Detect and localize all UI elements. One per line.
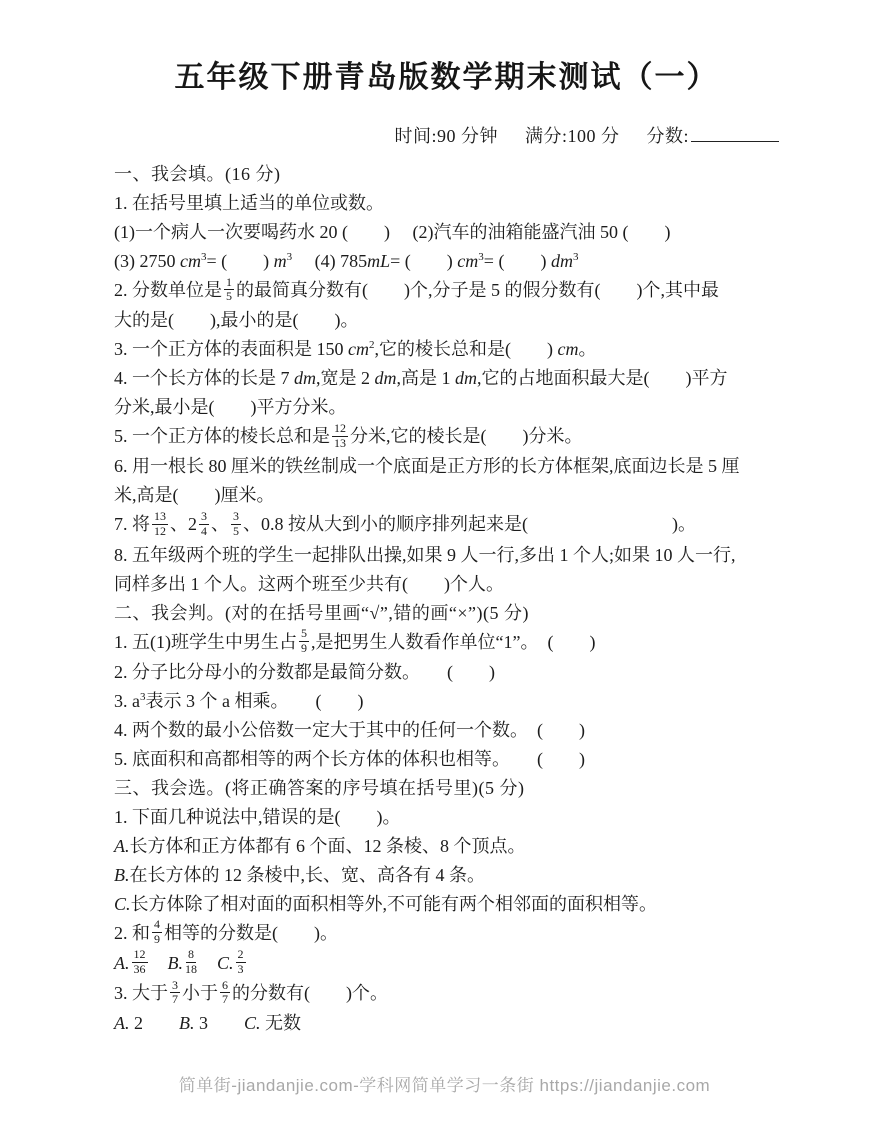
- s2-q4: 4. 两个数的最小公倍数一定大于其中的任何一个数。 ( ): [114, 716, 779, 745]
- italic-text: A.: [114, 953, 130, 973]
- s1-q8: 8. 五年级两个班的学生一起排队出操,如果 9 人一行,多出 1 个人;如果 1…: [114, 541, 779, 570]
- italic-text: cm: [558, 339, 579, 359]
- s1-q6: 6. 用一根长 80 厘米的铁丝制成一个底面是正方形的长方体框架,底面边长是 5…: [114, 452, 779, 481]
- italic-text: C.: [244, 1013, 261, 1033]
- superscript: 2: [369, 339, 375, 351]
- s3-q2: 2. 和49相等的分数是( )。: [114, 919, 779, 949]
- italic-text: dm: [375, 368, 397, 388]
- s1-q8-cont: 同样多出 1 个人。这两个班至少共有( )个人。: [114, 570, 779, 599]
- italic-text: B.: [179, 1013, 195, 1033]
- fraction: 1312: [152, 510, 168, 539]
- s1-q4: 4. 一个长方体的长是 7 dm,宽是 2 dm,高是 1 dm,它的占地面积最…: [114, 364, 779, 393]
- italic-text: m: [274, 251, 287, 271]
- fraction: 23: [236, 948, 246, 977]
- s2-q1: 1. 五(1)班学生中男生占59,是把男生人数看作单位“1”。 ( ): [114, 628, 779, 658]
- s1-q6-cont: 米,高是( )厘米。: [114, 481, 779, 510]
- italic-text: dm: [551, 251, 573, 271]
- s1-q4-cont: 分米,最小是( )平方分米。: [114, 393, 779, 422]
- fraction: 15: [224, 276, 234, 305]
- fraction: 49: [152, 918, 162, 947]
- italic-text: C.: [217, 953, 234, 973]
- s1-q2: 2. 分数单位是15的最简真分数有( )个,分子是 5 的假分数有( )个,其中…: [114, 276, 779, 306]
- s3-q3-options: A. 2 B. 3 C. 无数: [114, 1009, 779, 1038]
- page-title: 五年级下册青岛版数学期末测试（一）: [114, 52, 779, 96]
- exam-meta-row: 时间:90 分钟 满分:100 分 分数:: [114, 122, 779, 148]
- section-2-heading: 二、我会判。(对的在括号里画“√”,错的画“×”)(5 分): [114, 599, 779, 628]
- score-blank-line: [691, 124, 779, 142]
- s1-q1: 1. 在括号里填上适当的单位或数。: [114, 189, 779, 218]
- fraction: 37: [170, 979, 180, 1008]
- italic-text: A.: [114, 1013, 130, 1033]
- s3-q1-optB: B.在长方体的 12 条棱中,长、宽、高各有 4 条。: [114, 861, 779, 890]
- superscript: 3: [287, 251, 293, 263]
- s1-q2-cont: 大的是( ),最小的是( )。: [114, 306, 779, 335]
- italic-text: C.: [114, 894, 131, 914]
- s3-q1-optA: A.长方体和正方体都有 6 个面、12 条棱、8 个顶点。: [114, 832, 779, 861]
- s3-q2-options: A.1236 B.818 C.23: [114, 949, 779, 979]
- section-1-heading: 一、我会填。(16 分): [114, 160, 779, 189]
- fraction: 1213: [332, 422, 348, 451]
- full-score-label: 满分:100 分: [525, 126, 620, 146]
- italic-text: B.: [114, 865, 130, 885]
- s1-q5: 5. 一个正方体的棱长总和是1213分米,它的棱长是( )分米。: [114, 422, 779, 452]
- superscript: 3: [573, 251, 579, 263]
- s1-q1-sub34: (3) 2750 cm3= ( ) m3 (4) 785mL= ( ) cm3=…: [114, 247, 779, 276]
- superscript: 3: [478, 251, 484, 263]
- s2-q5: 5. 底面积和高都相等的两个长方体的体积也相等。 ( ): [114, 745, 779, 774]
- section-3-heading: 三、我会选。(将正确答案的序号填在括号里)(5 分): [114, 774, 779, 803]
- s1-q7: 7. 将1312、234、35、0.8 按从大到小的顺序排列起来是( )。: [114, 510, 779, 540]
- italic-text: dm: [294, 368, 316, 388]
- s2-q3: 3. a3表示 3 个 a 相乘。 ( ): [114, 687, 779, 716]
- fraction: 35: [231, 510, 241, 539]
- s3-q1: 1. 下面几种说法中,错误的是( )。: [114, 803, 779, 832]
- time-label: 时间:90 分钟: [394, 126, 498, 146]
- fraction: 1236: [132, 948, 148, 977]
- italic-text: mL: [367, 251, 390, 271]
- s3-q1-optC: C.长方体除了相对面的面积相等外,不可能有两个相邻面的面积相等。: [114, 890, 779, 919]
- superscript: 3: [201, 251, 207, 263]
- fraction: 59: [299, 627, 309, 656]
- score-label: 分数:: [646, 126, 689, 146]
- fraction: 67: [220, 979, 230, 1008]
- italic-text: cm: [457, 251, 478, 271]
- s2-q2: 2. 分子比分母小的分数都是最简分数。 ( ): [114, 658, 779, 687]
- italic-text: B.: [168, 953, 184, 973]
- s1-q1-sub12: (1)一个病人一次要喝药水 20 ( ) (2)汽车的油箱能盛汽油 50 ( ): [114, 218, 779, 247]
- italic-text: dm: [455, 368, 477, 388]
- footer-watermark: 简单街-jiandanjie.com-学科网简单学习一条街 https://ji…: [0, 1071, 889, 1096]
- fraction: 818: [185, 948, 197, 977]
- italic-text: cm: [348, 339, 369, 359]
- fraction: 34: [199, 510, 209, 539]
- italic-text: cm: [180, 251, 201, 271]
- italic-text: A.: [114, 836, 130, 856]
- exam-paper-page: 五年级下册青岛版数学期末测试（一） 时间:90 分钟 满分:100 分 分数: …: [0, 0, 889, 1122]
- s1-q3: 3. 一个正方体的表面积是 150 cm2,它的棱长总和是( ) cm。: [114, 335, 779, 364]
- superscript: 3: [140, 691, 146, 703]
- s3-q3: 3. 大于37小于67的分数有( )个。: [114, 979, 779, 1009]
- exam-body: 一、我会填。(16 分)1. 在括号里填上适当的单位或数。(1)一个病人一次要喝…: [114, 160, 779, 1038]
